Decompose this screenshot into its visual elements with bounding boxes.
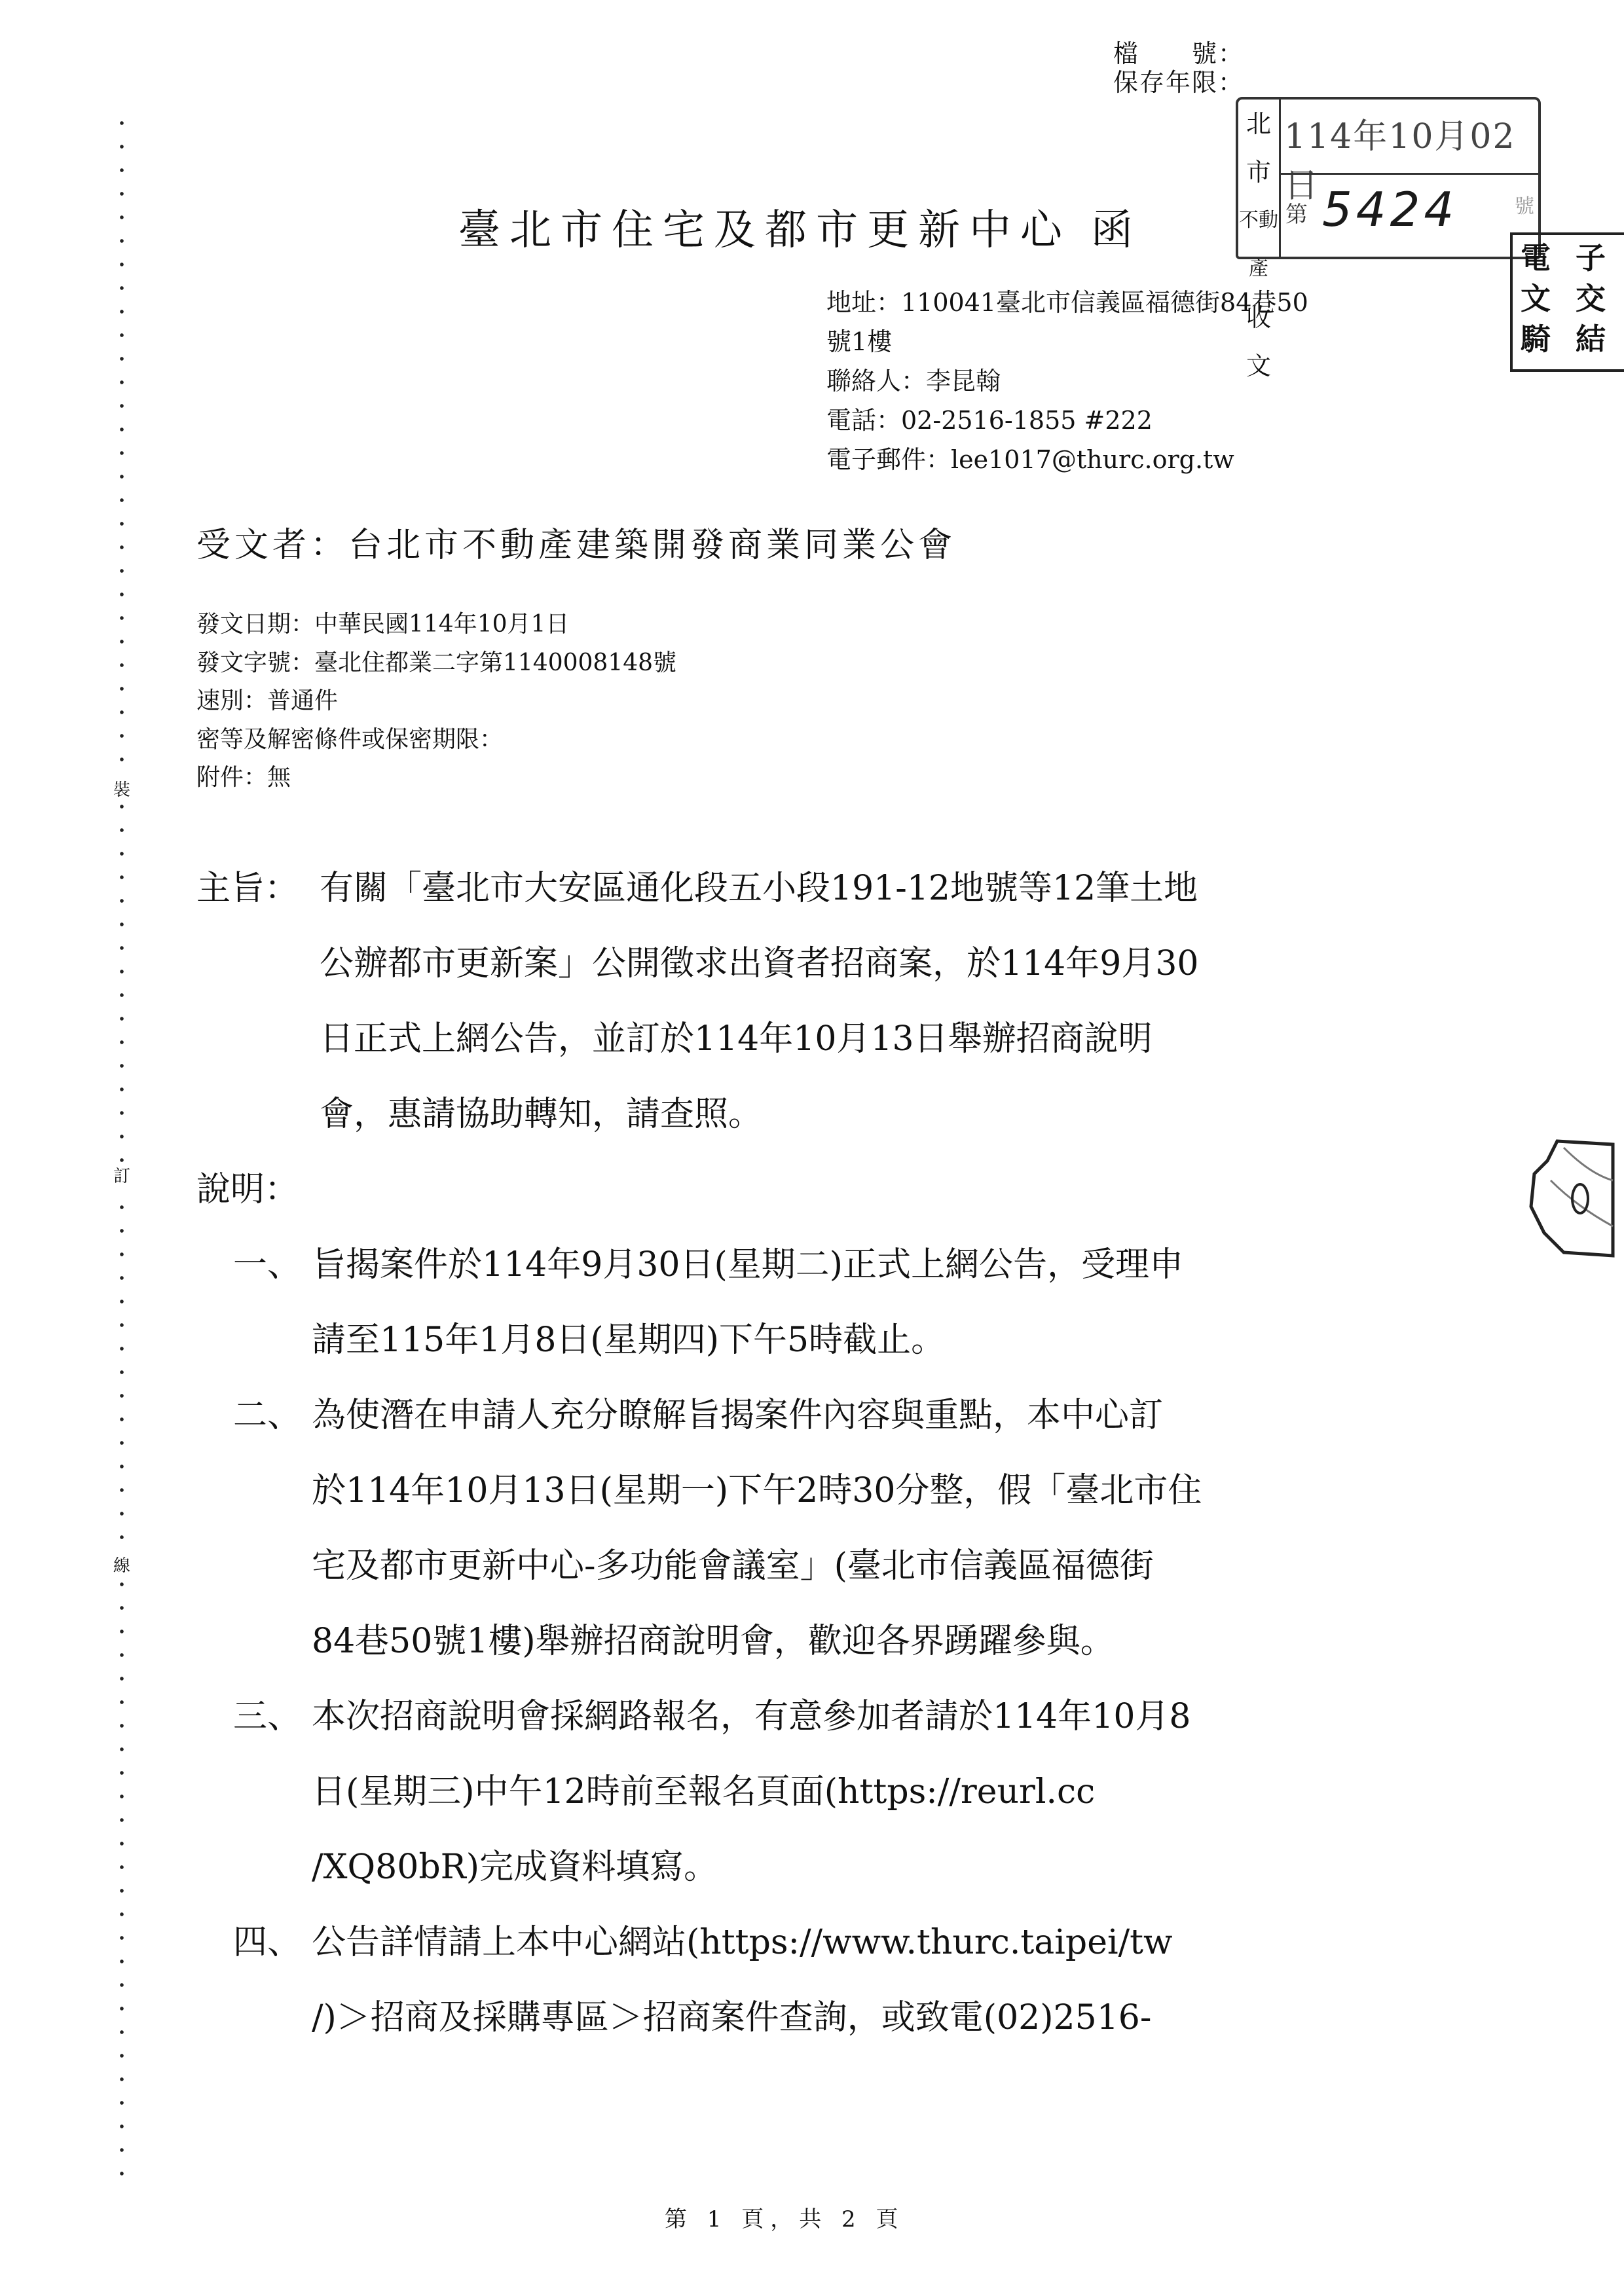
file-labels: 檔 號： 保存年限： [1113, 39, 1244, 97]
subject-line: 日正式上網公告，並訂於114年10月13日舉辦招商說明 [320, 1002, 1199, 1077]
doc-number: 發文字號：臺北住都業二字第1140008148號 [196, 644, 676, 683]
item-number: 三、 [233, 1679, 301, 1755]
file-number-label: 檔 號： [1113, 39, 1244, 68]
stamp-number-suffix: 號 [1515, 190, 1534, 219]
document-title: 臺北市住宅及都市更新中心函 [458, 196, 1142, 257]
address-line-1: 地址：110041臺北市信義區福德街84巷50 [826, 283, 1308, 322]
item-line: 宅及都市更新中心-多功能會議室」(臺北市信義區福德街 [312, 1529, 1202, 1604]
document-meta: 發文日期：中華民國114年10月1日 發文字號：臺北住都業二字第11400081… [196, 606, 676, 797]
item-line: 為使潛在申請人充分瞭解旨揭案件內容與重點，本中心訂 [312, 1378, 1202, 1453]
item-text: 為使潛在申請人充分瞭解旨揭案件內容與重點，本中心訂 於114年10月13日(星期… [312, 1378, 1202, 1679]
electronic-document-seal: 電 文 騎 子 交 結 [1510, 232, 1624, 372]
seal-char: 交 [1576, 278, 1606, 319]
subject-text: 有關「臺北市大安區通化段五小段191-12地號等12筆土地 公辦都市更新案」公開… [320, 851, 1199, 1152]
item-line: /)＞招商及採購專區＞招商案件查詢，或致電(02)2516- [312, 1980, 1173, 2056]
stamp-divider [1279, 173, 1538, 175]
item-number: 四、 [233, 1905, 301, 1980]
binding-mark-ding: 訂 [107, 1165, 136, 1188]
item-line: 本次招商說明會採網路報名，有意參加者請於114年10月8 [312, 1679, 1191, 1755]
receipt-stamp: 北市 不動產 收文 114年10月02日 第 5424 號 [1236, 97, 1541, 259]
subject-line: 公辦都市更新案」公開徵求出資者招商案，於114年9月30 [320, 926, 1199, 1002]
binding-mark-zhuang: 裝 [107, 779, 136, 801]
contact-person: 聯絡人：李昆翰 [826, 361, 1308, 401]
subject-line: 有關「臺北市大安區通化段五小段191-12地號等12筆土地 [320, 851, 1199, 926]
item-line[interactable]: 公告詳情請上本中心網站(https://www.thurc.taipei/tw [312, 1905, 1173, 1980]
sender-info: 地址：110041臺北市信義區福德街84巷50 號1樓 聯絡人：李昆翰 電話：0… [826, 283, 1308, 479]
issue-date: 發文日期：中華民國114年10月1日 [196, 606, 676, 644]
item-line: 旨揭案件於114年9月30日(星期二)正式上網公告，受理申 [312, 1228, 1183, 1303]
seal-char: 子 [1576, 238, 1606, 278]
item-line: 請至115年1月8日(星期四)下午5時截止。 [312, 1303, 1183, 1378]
stamp-org-line: 北市 [1238, 100, 1279, 196]
seal-char: 文 [1521, 278, 1551, 319]
attachment: 附件：無 [196, 759, 676, 797]
description-label: 說明： [196, 1152, 299, 1228]
item-text: 旨揭案件於114年9月30日(星期二)正式上網公告，受理申 請至115年1月8日… [312, 1228, 1183, 1378]
secrecy-level: 密等及解密條件或保密期限： [196, 721, 676, 759]
item-text: 公告詳情請上本中心網站(https://www.thurc.taipei/tw … [312, 1905, 1173, 2056]
binding-dotted-line [120, 111, 124, 2193]
subject-label: 主旨： [196, 851, 299, 926]
stamp-number: 5424 [1322, 182, 1458, 237]
binding-mark-xian: 線 [107, 1555, 136, 1577]
subject-line: 會，惠請協助轉知，請查照。 [320, 1077, 1199, 1152]
seal-char: 電 [1521, 238, 1551, 278]
receiver: 受文者：台北市不動產建築開發商業同業公會 [196, 517, 956, 566]
address-line-2: 號1樓 [826, 322, 1308, 361]
item-text: 本次招商說明會採網路報名，有意參加者請於114年10月8 日(星期三)中午12時… [312, 1679, 1191, 1905]
issuing-org: 臺北市住宅及都市更新中心 [458, 206, 1071, 255]
binding-margin: 裝 訂 線 [115, 111, 128, 2193]
item-line[interactable]: /XQ80bR)完成資料填寫。 [312, 1830, 1191, 1905]
item-number: 一、 [233, 1228, 301, 1303]
page-number: 第 1 頁，共 2 頁 [665, 2201, 905, 2233]
phone: 電話：02-2516-1855 #222 [826, 401, 1308, 440]
email: 電子郵件：lee1017@thurc.org.tw [826, 440, 1308, 479]
document-type: 函 [1091, 206, 1142, 255]
speed-class: 速別：普通件 [196, 682, 676, 721]
seal-char: 騎 [1521, 319, 1551, 359]
item-line: 於114年10月13日(星期一)下午2時30分整，假「臺北市住 [312, 1453, 1202, 1529]
stamp-org-line: 不動產 [1238, 196, 1279, 293]
item-number: 二、 [233, 1378, 301, 1453]
item-line: 84巷50號1樓)舉辦招商說明會，歡迎各界踴躍參與。 [312, 1604, 1202, 1679]
retention-period-label: 保存年限： [1113, 68, 1244, 97]
item-line[interactable]: 日(星期三)中午12時前至報名頁面(https://reurl.cc [312, 1755, 1191, 1830]
seal-char: 結 [1576, 319, 1606, 359]
stamp-number-prefix: 第 [1285, 196, 1308, 228]
stamp-org: 北市 不動產 收文 [1238, 100, 1281, 257]
partial-seal-stamp [1518, 1135, 1616, 1259]
